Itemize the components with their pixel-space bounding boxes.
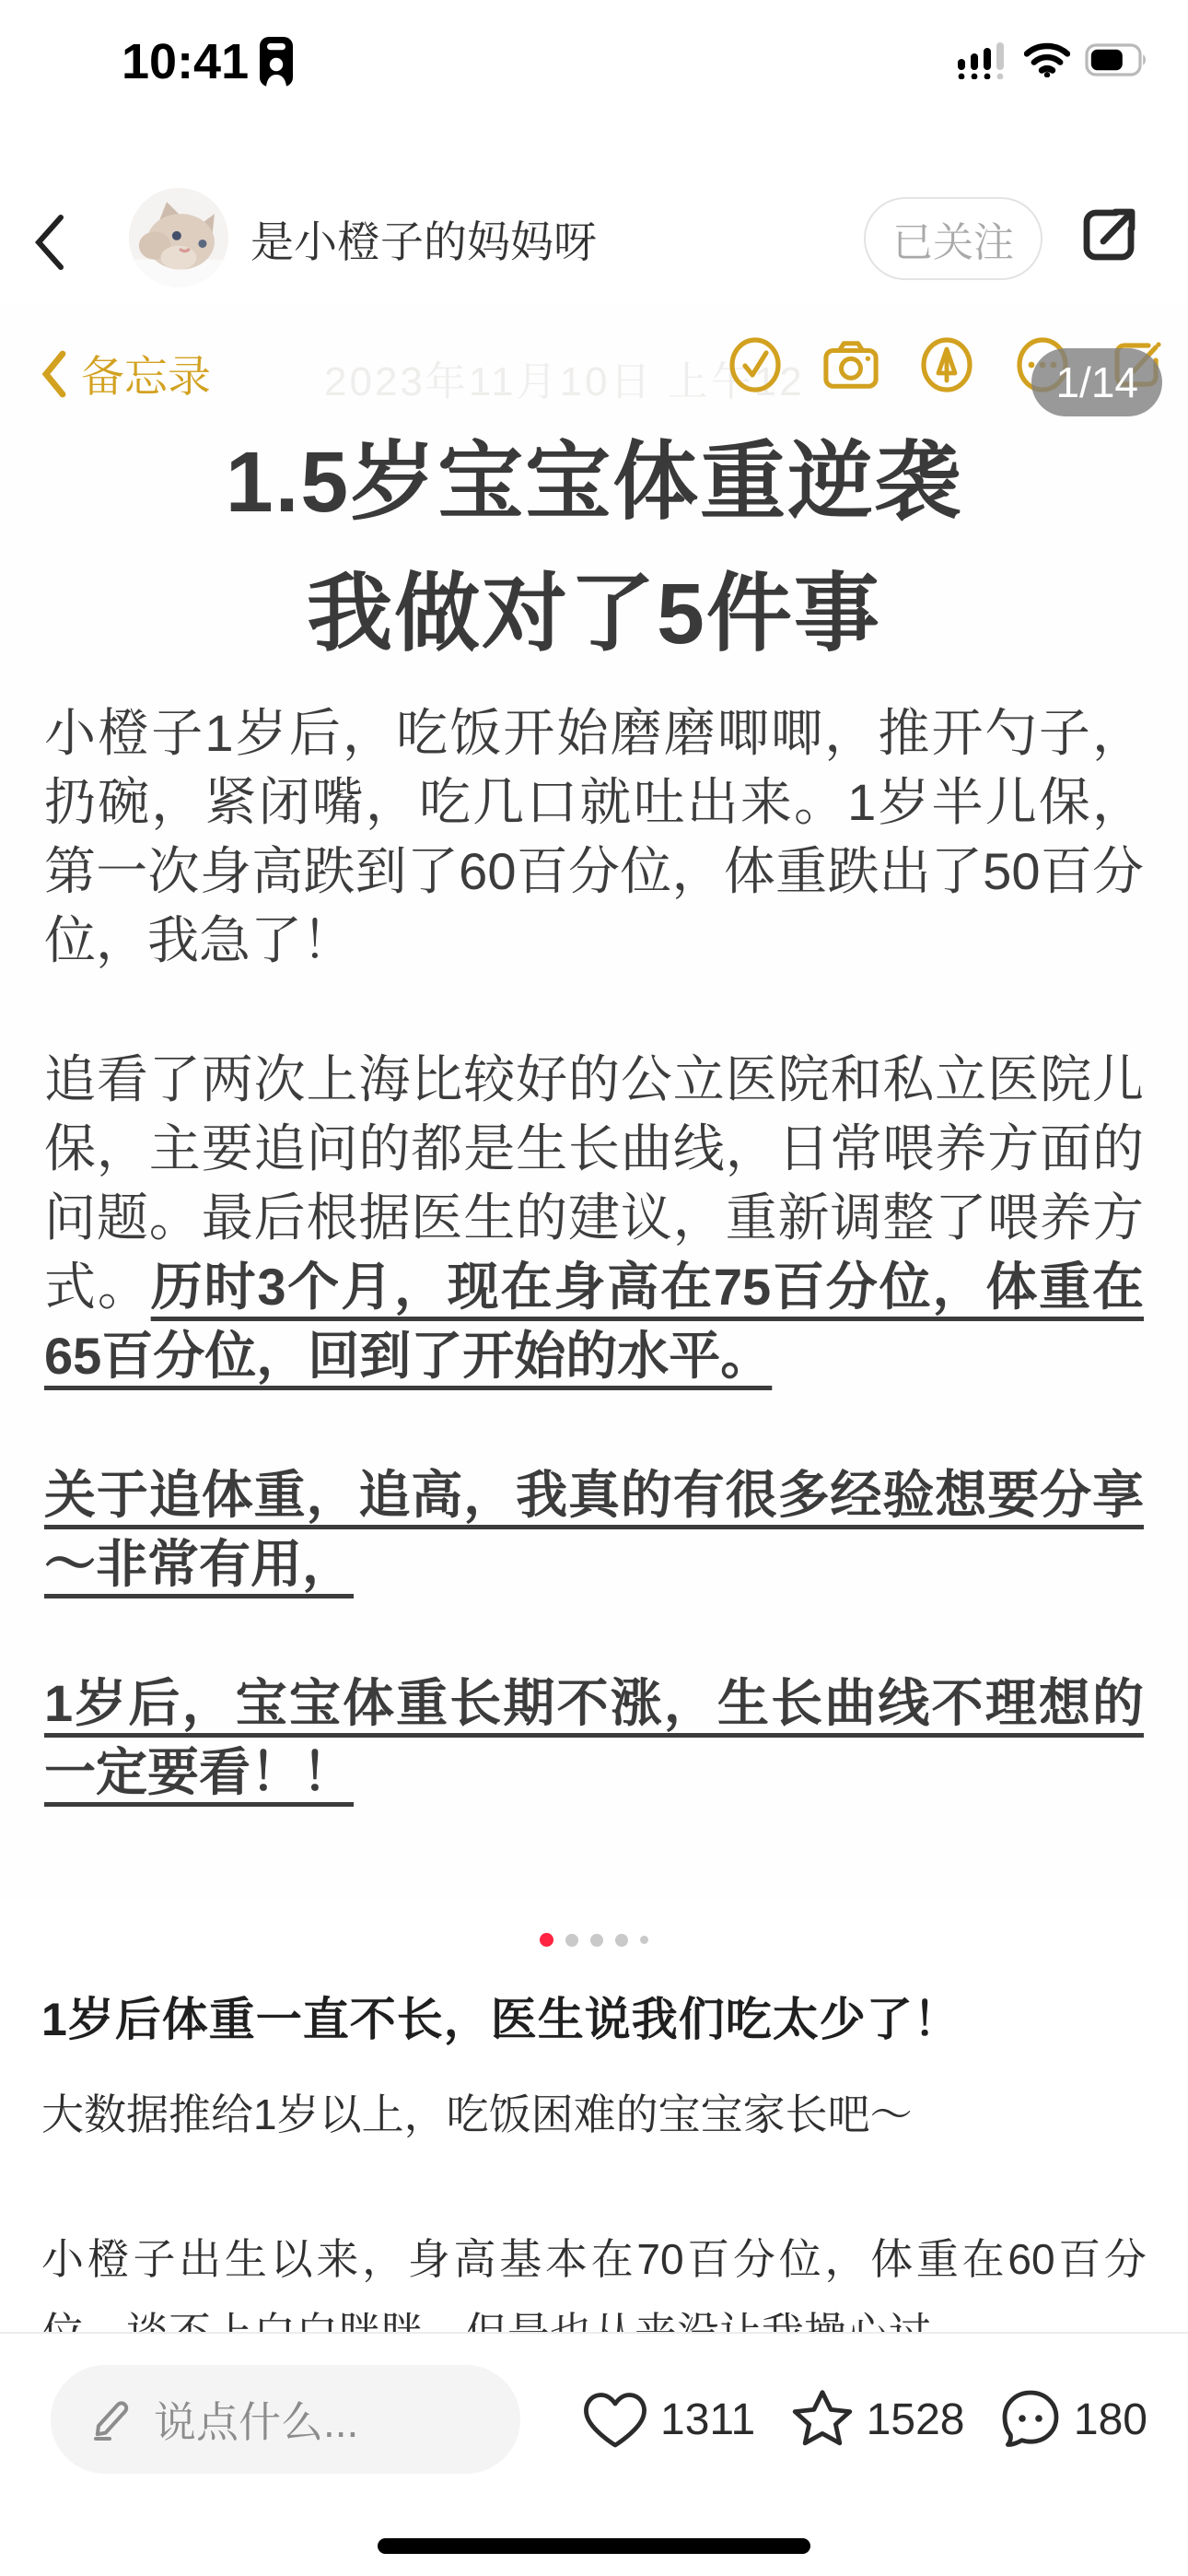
like-button[interactable]: 1311 <box>581 2387 755 2452</box>
cellular-signal-icon <box>956 41 1009 79</box>
pencil-icon <box>91 2398 134 2441</box>
status-left: 10:41 <box>122 33 295 90</box>
markup-pen-icon <box>919 337 974 392</box>
like-count: 1311 <box>660 2395 755 2445</box>
carousel-dot <box>615 1934 628 1947</box>
status-bar: 10:41 <box>0 0 1188 111</box>
post-actions: 1311 1528 <box>520 2387 1147 2452</box>
heart-icon <box>581 2387 649 2452</box>
status-right <box>956 41 1149 79</box>
comment-input[interactable]: 说点什么... <box>51 2365 520 2474</box>
comment-bubble-icon <box>998 2387 1063 2452</box>
post-body-line1: 大数据推给1岁以上，吃饭困难的宝宝家长吧～ <box>41 2086 1147 2143</box>
carousel-dot-active <box>540 1933 553 1947</box>
carousel-page-badge: 1/14 <box>1031 348 1162 416</box>
status-time: 10:41 <box>122 33 249 90</box>
follow-button[interactable]: 已关注 <box>864 197 1042 280</box>
focus-mode-icon <box>258 35 295 88</box>
notes-app-label: 备忘录 <box>81 343 211 404</box>
checklist-icon <box>728 337 783 392</box>
post-title: 1岁后体重一直不长，医生说我们吃太少了！ <box>41 1990 1147 2049</box>
xiaohongshu-post-screen: 10:41 <box>0 0 1188 2576</box>
collect-count: 1528 <box>867 2395 965 2445</box>
bottom-action-bar: 说点什么... 1311 <box>0 2332 1188 2576</box>
note-paragraph-4: 1岁后，宝宝体重长期不涨，生长曲线不理想的一定要看！！ <box>44 1669 1144 1807</box>
back-button[interactable] <box>31 212 83 273</box>
notes-back-chevron-icon <box>41 350 68 398</box>
author-username[interactable]: 是小橙子的妈妈呀 <box>250 208 597 270</box>
battery-icon <box>1085 43 1149 76</box>
note-paragraph-3: 关于追体重，追高，我真的有很多经验想要分享～非常有用， <box>44 1460 1144 1598</box>
star-icon <box>789 2387 856 2452</box>
note-body: 小橙子1岁后，吃饭开始磨磨唧唧，推开勺子，扔碗，紧闭嘴，吃几口就吐出来。1岁半儿… <box>0 698 1188 1877</box>
share-icon[interactable] <box>1079 205 1140 265</box>
author-avatar[interactable] <box>129 188 228 287</box>
follow-button-label: 已关注 <box>892 209 1014 268</box>
comment-count: 180 <box>1074 2395 1147 2445</box>
collect-button[interactable]: 1528 <box>789 2387 965 2452</box>
home-indicator[interactable] <box>378 2538 810 2554</box>
notes-toolbar: 备忘录 <box>41 337 1166 411</box>
note-title-line1: 1.5岁宝宝体重逆袭 <box>0 416 1188 548</box>
wifi-icon <box>1024 42 1070 77</box>
carousel-dots <box>0 1933 1188 1947</box>
carousel-dot <box>590 1934 603 1947</box>
camera-icon <box>823 337 879 392</box>
carousel-image-notes-screenshot[interactable]: 2023年11月10日 上午12 备忘录 <box>0 304 1188 1899</box>
note-paragraph-2: 追看了两次上海比较好的公立医院和私立医院儿保，主要追问的都是生长曲线，日常喂养方… <box>44 1045 1144 1390</box>
comment-button[interactable]: 180 <box>998 2387 1147 2452</box>
note-paragraph-1: 小橙子1岁后，吃饭开始磨磨唧唧，推开勺子，扔碗，紧闭嘴，吃几口就吐出来。1岁半儿… <box>44 698 1144 975</box>
carousel-dot <box>565 1934 578 1947</box>
note-title: 1.5岁宝宝体重逆袭 我做对了5件事 <box>0 416 1188 680</box>
notes-back-link: 备忘录 <box>41 343 211 404</box>
note-title-line2: 我做对了5件事 <box>0 548 1188 680</box>
carousel-dot <box>640 1936 648 1944</box>
note-paragraph-2-emphasis: 历时3个月，现在身高在75百分位，体重在65百分位，回到了开始的水平。 <box>44 1258 1144 1385</box>
nav-header: 是小橙子的妈妈呀 已关注 <box>0 181 1188 310</box>
post-content: 1岁后体重一直不长，医生说我们吃太少了！ 大数据推给1岁以上，吃饭困难的宝宝家长… <box>41 1990 1147 2370</box>
comment-placeholder: 说点什么... <box>154 2389 358 2450</box>
